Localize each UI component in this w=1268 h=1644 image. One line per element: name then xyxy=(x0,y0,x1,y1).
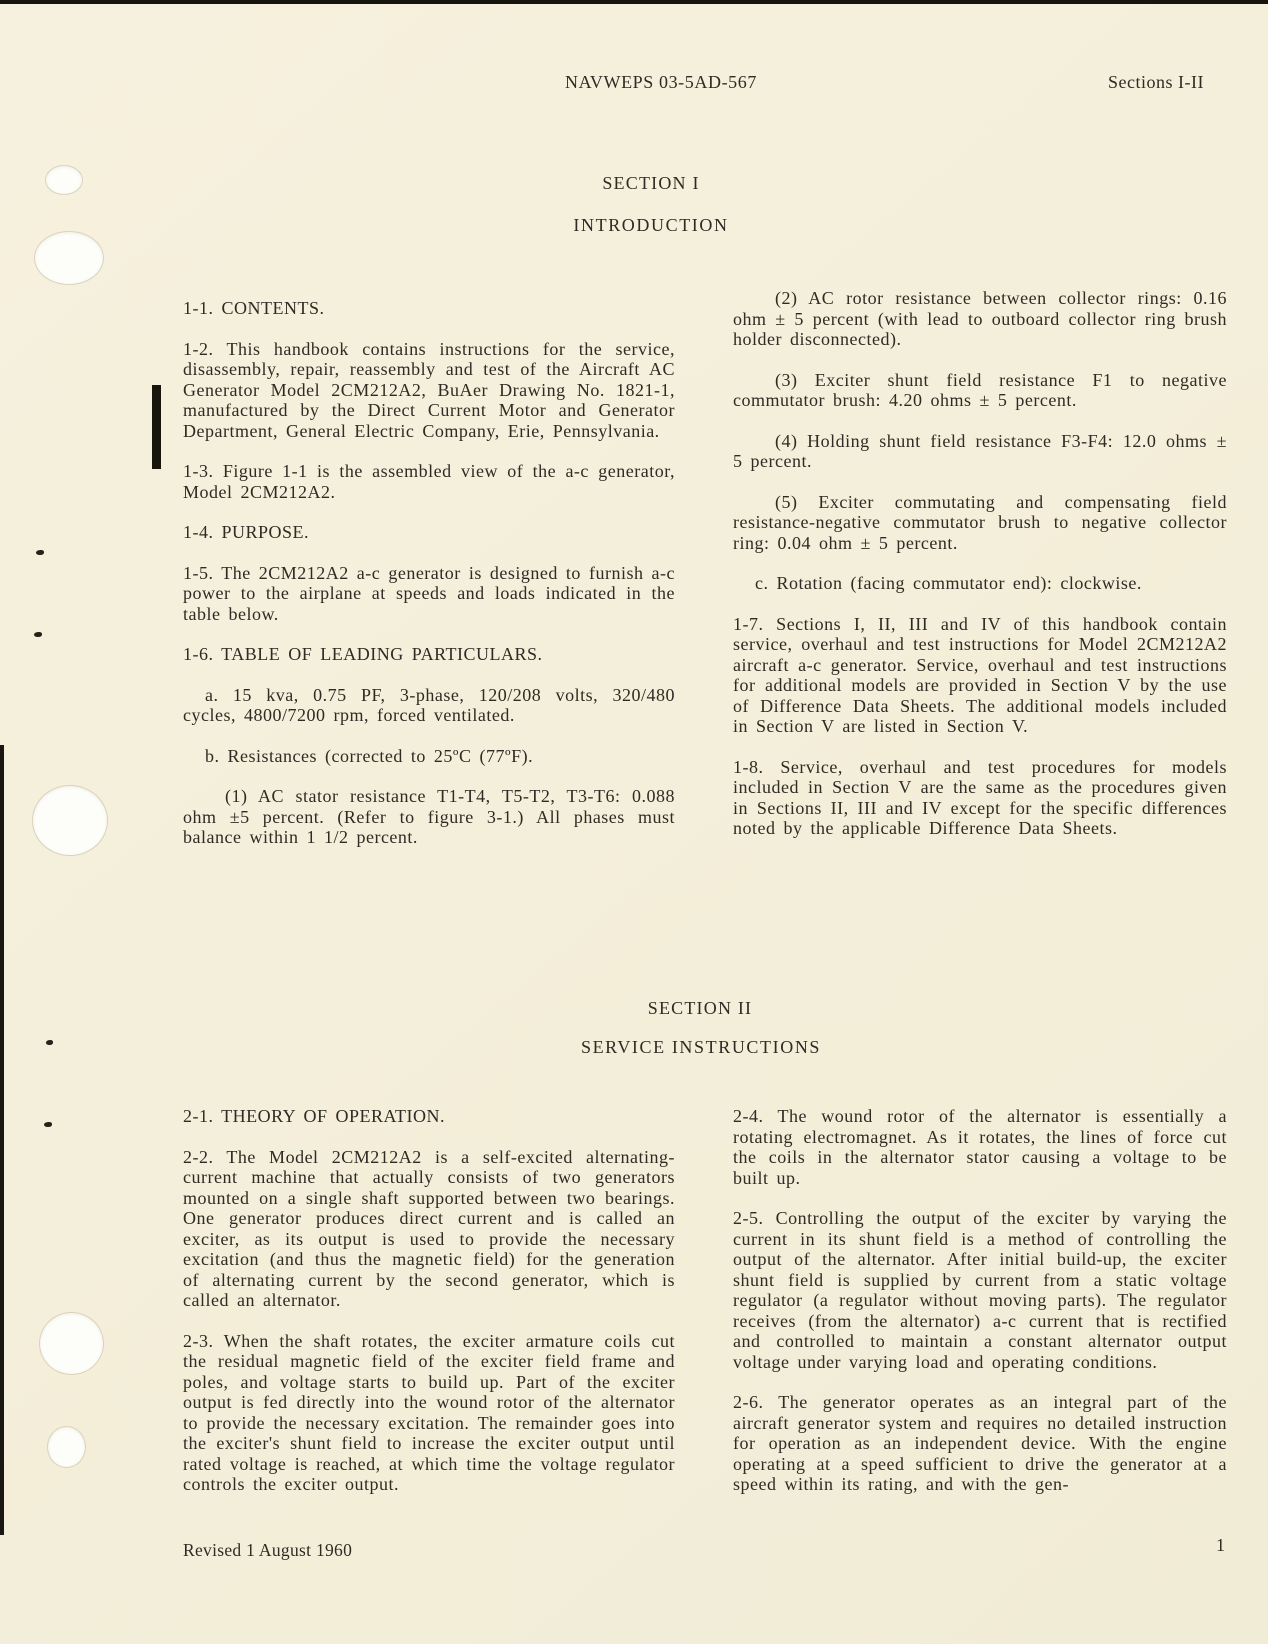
para-2-1: 2-1. THEORY OF OPERATION. xyxy=(183,1106,675,1127)
para-2-3: 2-3. When the shaft rotates, the exciter… xyxy=(183,1331,675,1495)
section-1-title: SECTION I xyxy=(602,173,699,194)
para-1-6-c: c. Rotation (facing commutator end): clo… xyxy=(733,573,1227,594)
para-1-1: 1-1. CONTENTS. xyxy=(183,298,675,319)
para-1-2: 1-2. This handbook contains instructions… xyxy=(183,339,675,442)
revision-change-bar xyxy=(152,385,161,469)
para-1-4: 1-4. PURPOSE. xyxy=(183,522,675,543)
para-1-6-b-5: (5) Exciter commutating and compensating… xyxy=(733,492,1227,554)
page-number: 1 xyxy=(1216,1535,1225,1556)
ink-speck xyxy=(34,632,42,637)
para-2-2: 2-2. The Model 2CM212A2 is a self-excite… xyxy=(183,1147,675,1311)
para-1-6-b-4: (4) Holding shunt field resistance F3-F4… xyxy=(733,431,1227,472)
scanned-manual-page: NAVWEPS 03-5AD-567 Sections I-II SECTION… xyxy=(0,0,1268,1644)
section-2-subtitle: SERVICE INSTRUCTIONS xyxy=(581,1037,821,1058)
hole-punch xyxy=(35,232,103,284)
section-1-left-column: 1-1. CONTENTS. 1-2. This handbook contai… xyxy=(183,298,675,868)
section-2-left-column: 2-1. THEORY OF OPERATION. 2-2. The Model… xyxy=(183,1106,675,1515)
para-1-3: 1-3. Figure 1-1 is the assembled view of… xyxy=(183,461,675,502)
revision-note: Revised 1 August 1960 xyxy=(183,1540,352,1561)
ink-speck xyxy=(36,550,44,555)
hole-punch xyxy=(33,786,107,855)
para-2-4: 2-4. The wound rotor of the alternator i… xyxy=(733,1106,1227,1188)
ink-speck xyxy=(46,1040,53,1045)
page-edge-left xyxy=(0,745,4,1535)
para-1-6-b-1: (1) AC stator resistance T1-T4, T5-T2, T… xyxy=(183,786,675,848)
para-1-6: 1-6. TABLE OF LEADING PARTICULARS. xyxy=(183,644,675,665)
para-1-6-b-3: (3) Exciter shunt field resistance F1 to… xyxy=(733,370,1227,411)
para-2-5: 2-5. Controlling the output of the excit… xyxy=(733,1208,1227,1372)
section-1-subtitle: INTRODUCTION xyxy=(573,215,728,236)
para-1-6-b-2: (2) AC rotor resistance between collecto… xyxy=(733,288,1227,350)
section-2-right-column: 2-4. The wound rotor of the alternator i… xyxy=(733,1106,1227,1515)
header-sections-label: Sections I-II xyxy=(1108,72,1204,93)
para-1-8: 1-8. Service, overhaul and test procedur… xyxy=(733,757,1227,839)
hole-punch xyxy=(40,1313,103,1374)
para-1-6-a: a. 15 kva, 0.75 PF, 3-phase, 120/208 vol… xyxy=(183,685,675,726)
para-1-5: 1-5. The 2CM212A2 a-c generator is desig… xyxy=(183,563,675,625)
section-2-title: SECTION II xyxy=(648,998,753,1019)
hole-punch xyxy=(48,1427,85,1467)
hole-punch xyxy=(46,166,82,194)
para-2-6: 2-6. The generator operates as an integr… xyxy=(733,1392,1227,1495)
ink-speck xyxy=(44,1122,52,1127)
section-1-right-column: (2) AC rotor resistance between collecto… xyxy=(733,288,1227,859)
para-1-7: 1-7. Sections I, II, III and IV of this … xyxy=(733,614,1227,737)
para-1-6-b: b. Resistances (corrected to 25ºC (77ºF)… xyxy=(183,746,675,767)
page-edge-top xyxy=(0,0,1268,4)
document-number: NAVWEPS 03-5AD-567 xyxy=(565,72,757,93)
